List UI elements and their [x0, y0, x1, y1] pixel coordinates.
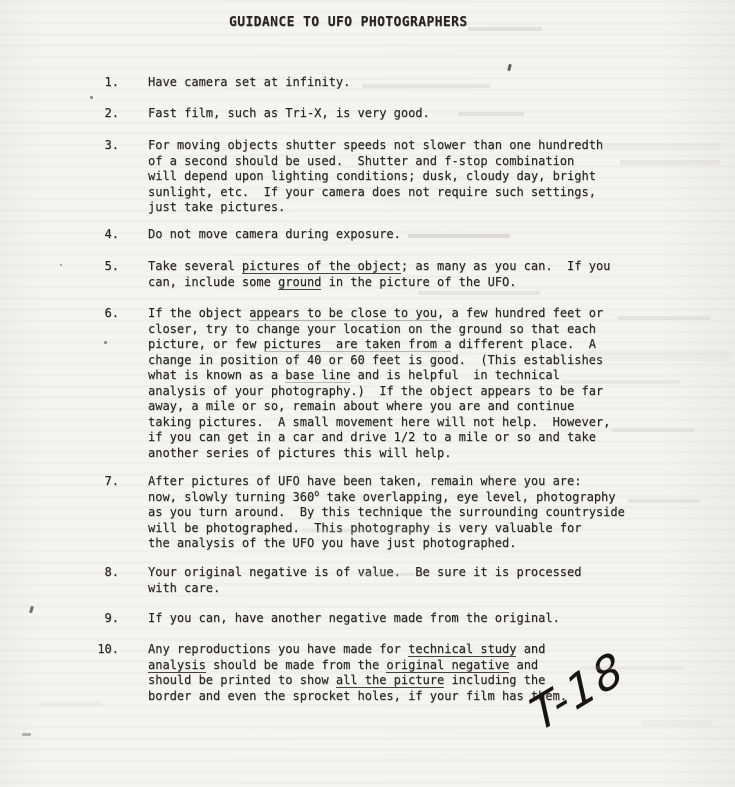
text-line: Any reproductions you have made for tech…	[148, 642, 567, 658]
list-item: 5.Take several pictures of the object; a…	[88, 259, 610, 290]
text-segment: ground	[278, 275, 321, 290]
text-segment: the analysis of the UFO you have just ph…	[148, 536, 516, 550]
text-segment: Fast film, such as Tri-X, is very good.	[148, 106, 430, 120]
text-segment: can, include some	[148, 275, 278, 289]
text-segment: After pictures of UFO have been taken, r…	[148, 474, 581, 488]
text-line: change in position of 40 or 60 feet is g…	[148, 353, 610, 369]
text-line: For moving objects shutter speeds not sl…	[148, 138, 603, 154]
text-segment: appears to be close to you	[249, 306, 437, 321]
text-segment: will depend upon lighting conditions; du…	[148, 169, 596, 183]
list-item: 6.If the object appears to be close to y…	[88, 306, 610, 461]
list-item: 4.Do not move camera during exposure.	[88, 227, 401, 243]
item-text: Have camera set at infinity.	[148, 75, 350, 91]
text-line: border and even the sprocket holes, if y…	[148, 689, 567, 705]
text-segment: all the picture	[336, 673, 444, 688]
item-number: 1.	[88, 75, 119, 91]
scan-artifact	[302, 529, 420, 533]
text-segment: closer, try to change your location on t…	[148, 322, 596, 336]
scan-artifact	[360, 573, 414, 576]
item-text: Do not move camera during exposure.	[148, 227, 401, 243]
text-line: Have camera set at infinity.	[148, 75, 350, 91]
text-line: Fast film, such as Tri-X, is very good.	[148, 106, 430, 122]
scan-artifact	[628, 499, 700, 503]
list-item: 1.Have camera set at infinity.	[88, 75, 350, 91]
scan-speck	[104, 341, 107, 344]
text-line: analysis should be made from the origina…	[148, 658, 567, 674]
text-segment: different place. A	[451, 337, 596, 351]
text-segment: Any reproductions you have made for	[148, 642, 408, 656]
text-segment: pictures are taken from a	[264, 337, 452, 352]
scan-artifact	[642, 720, 712, 727]
text-segment: just take pictures.	[148, 200, 285, 214]
scan-artifact	[618, 316, 710, 320]
text-line: should be printed to show all the pictur…	[148, 673, 567, 689]
text-segment: analysis of your photography.) If the ob…	[148, 384, 603, 398]
text-segment: For moving objects shutter speeds not sl…	[148, 138, 603, 152]
document-title: GUIDANCE TO UFO PHOTOGRAPHERS	[229, 15, 468, 30]
item-number: 2.	[88, 106, 119, 122]
item-number: 10.	[88, 642, 119, 704]
text-line: now, slowly turning 360o take overlappin…	[148, 490, 625, 506]
text-segment: base line	[285, 368, 350, 383]
scan-artifact	[562, 380, 680, 384]
item-number: 3.	[88, 138, 119, 216]
text-segment: including the	[444, 673, 545, 687]
text-segment: original negative	[386, 658, 509, 673]
item-text: If you can, have another negative made f…	[148, 611, 560, 627]
text-segment: if you can get in a car and drive 1/2 to…	[148, 430, 596, 444]
list-item: 10.Any reproductions you have made for t…	[88, 642, 567, 704]
text-line: with care.	[148, 581, 581, 597]
scan-artifact	[362, 84, 490, 88]
scan-artifact	[468, 27, 542, 31]
text-segment: analysis	[148, 658, 206, 673]
text-segment: Do not move camera during exposure.	[148, 227, 401, 241]
text-segment: now, slowly turning 360	[148, 490, 314, 504]
text-segment: take overlapping, eye level, photography	[319, 490, 615, 504]
text-segment: border and even the sprocket holes, if y…	[148, 689, 567, 703]
text-segment: and is helpful in technical	[350, 368, 560, 382]
text-segment: technical study	[408, 642, 516, 657]
text-segment: picture, or few	[148, 337, 264, 351]
text-line: away, a mile or so, remain about where y…	[148, 399, 610, 415]
text-line: another series of pictures this will hel…	[148, 446, 610, 462]
text-line: closer, try to change your location on t…	[148, 322, 610, 338]
text-segment: ; as many as you can. If you	[401, 259, 611, 273]
item-number: 8.	[88, 565, 119, 596]
text-segment: If the object	[148, 306, 249, 320]
text-line: Take several pictures of the object; as …	[148, 259, 610, 275]
text-line: If you can, have another negative made f…	[148, 611, 560, 627]
text-segment: taking pictures. A small movement here w…	[148, 415, 610, 429]
text-line: analysis of your photography.) If the ob…	[148, 384, 610, 400]
text-line: After pictures of UFO have been taken, r…	[148, 474, 625, 490]
text-segment: If you can, have another negative made f…	[148, 611, 560, 625]
scan-artifact	[580, 666, 684, 670]
text-segment: Have camera set at infinity.	[148, 75, 350, 89]
list-item: 2.Fast film, such as Tri-X, is very good…	[88, 106, 430, 122]
scan-speck	[507, 64, 512, 72]
text-line: taking pictures. A small movement here w…	[148, 415, 610, 431]
text-line: can, include some ground in the picture …	[148, 275, 610, 291]
text-line: just take pictures.	[148, 200, 603, 216]
text-segment: , a few hundred feet or	[437, 306, 603, 320]
text-segment: another series of pictures this will hel…	[148, 446, 451, 460]
scan-artifact	[586, 350, 731, 361]
text-line: Do not move camera during exposure.	[148, 227, 401, 243]
text-line: the analysis of the UFO you have just ph…	[148, 536, 625, 552]
text-segment: as you turn around. By this technique th…	[148, 505, 625, 519]
text-line: sunlight, etc. If your camera does not r…	[148, 185, 603, 201]
list-item: 7.After pictures of UFO have been taken,…	[88, 474, 625, 552]
text-segment: with care.	[148, 581, 220, 595]
list-item: 9.If you can, have another negative made…	[88, 611, 560, 627]
item-text: Fast film, such as Tri-X, is very good.	[148, 106, 430, 122]
scan-speck	[60, 264, 62, 266]
text-line: picture, or few pictures are taken from …	[148, 337, 610, 353]
item-number: 7.	[88, 474, 119, 552]
document-page: GUIDANCE TO UFO PHOTOGRAPHERS 1.Have cam…	[0, 0, 735, 787]
text-segment: should be made from the	[206, 658, 387, 672]
text-segment: what is known as a	[148, 368, 285, 382]
text-segment: away, a mile or so, remain about where y…	[148, 399, 574, 413]
scan-speck	[90, 96, 93, 99]
item-text: Your original negative is of value. Be s…	[148, 565, 581, 596]
text-segment: pictures of the object	[242, 259, 401, 274]
item-number: 6.	[88, 306, 119, 461]
text-segment: Your original negative is of value. Be s…	[148, 565, 581, 579]
scan-artifact	[418, 291, 540, 295]
item-number: 9.	[88, 611, 119, 627]
item-number: 5.	[88, 259, 119, 290]
item-text: Take several pictures of the object; as …	[148, 259, 610, 290]
scan-artifact	[40, 701, 102, 706]
item-text: If the object appears to be close to you…	[148, 306, 610, 461]
text-segment: in the picture of the UFO.	[321, 275, 516, 289]
item-text: Any reproductions you have made for tech…	[148, 642, 567, 704]
text-segment: sunlight, etc. If your camera does not r…	[148, 185, 596, 199]
text-line: If the object appears to be close to you…	[148, 306, 610, 322]
list-item: 8.Your original negative is of value. Be…	[88, 565, 581, 596]
text-line: will depend upon lighting conditions; du…	[148, 169, 603, 185]
text-segment: of a second should be used. Shutter and …	[148, 154, 574, 168]
text-line: if you can get in a car and drive 1/2 to…	[148, 430, 610, 446]
scan-artifact	[408, 234, 510, 238]
text-segment: change in position of 40 or 60 feet is g…	[148, 353, 603, 367]
text-line: what is known as a base line and is help…	[148, 368, 610, 384]
scan-speck	[22, 733, 31, 736]
scan-artifact	[600, 143, 720, 151]
list-item: 3.For moving objects shutter speeds not …	[88, 138, 603, 216]
text-segment: and	[516, 642, 545, 656]
item-text: After pictures of UFO have been taken, r…	[148, 474, 625, 552]
text-line: as you turn around. By this technique th…	[148, 505, 625, 521]
text-segment: should be printed to show	[148, 673, 336, 687]
text-line: of a second should be used. Shutter and …	[148, 154, 603, 170]
scan-artifact	[612, 428, 694, 432]
text-segment: and	[509, 658, 538, 672]
item-number: 4.	[88, 227, 119, 243]
text-segment: Take several	[148, 259, 242, 273]
scan-artifact	[458, 112, 524, 116]
scan-speck	[29, 606, 34, 614]
scan-artifact	[620, 160, 720, 165]
item-text: For moving objects shutter speeds not sl…	[148, 138, 603, 216]
